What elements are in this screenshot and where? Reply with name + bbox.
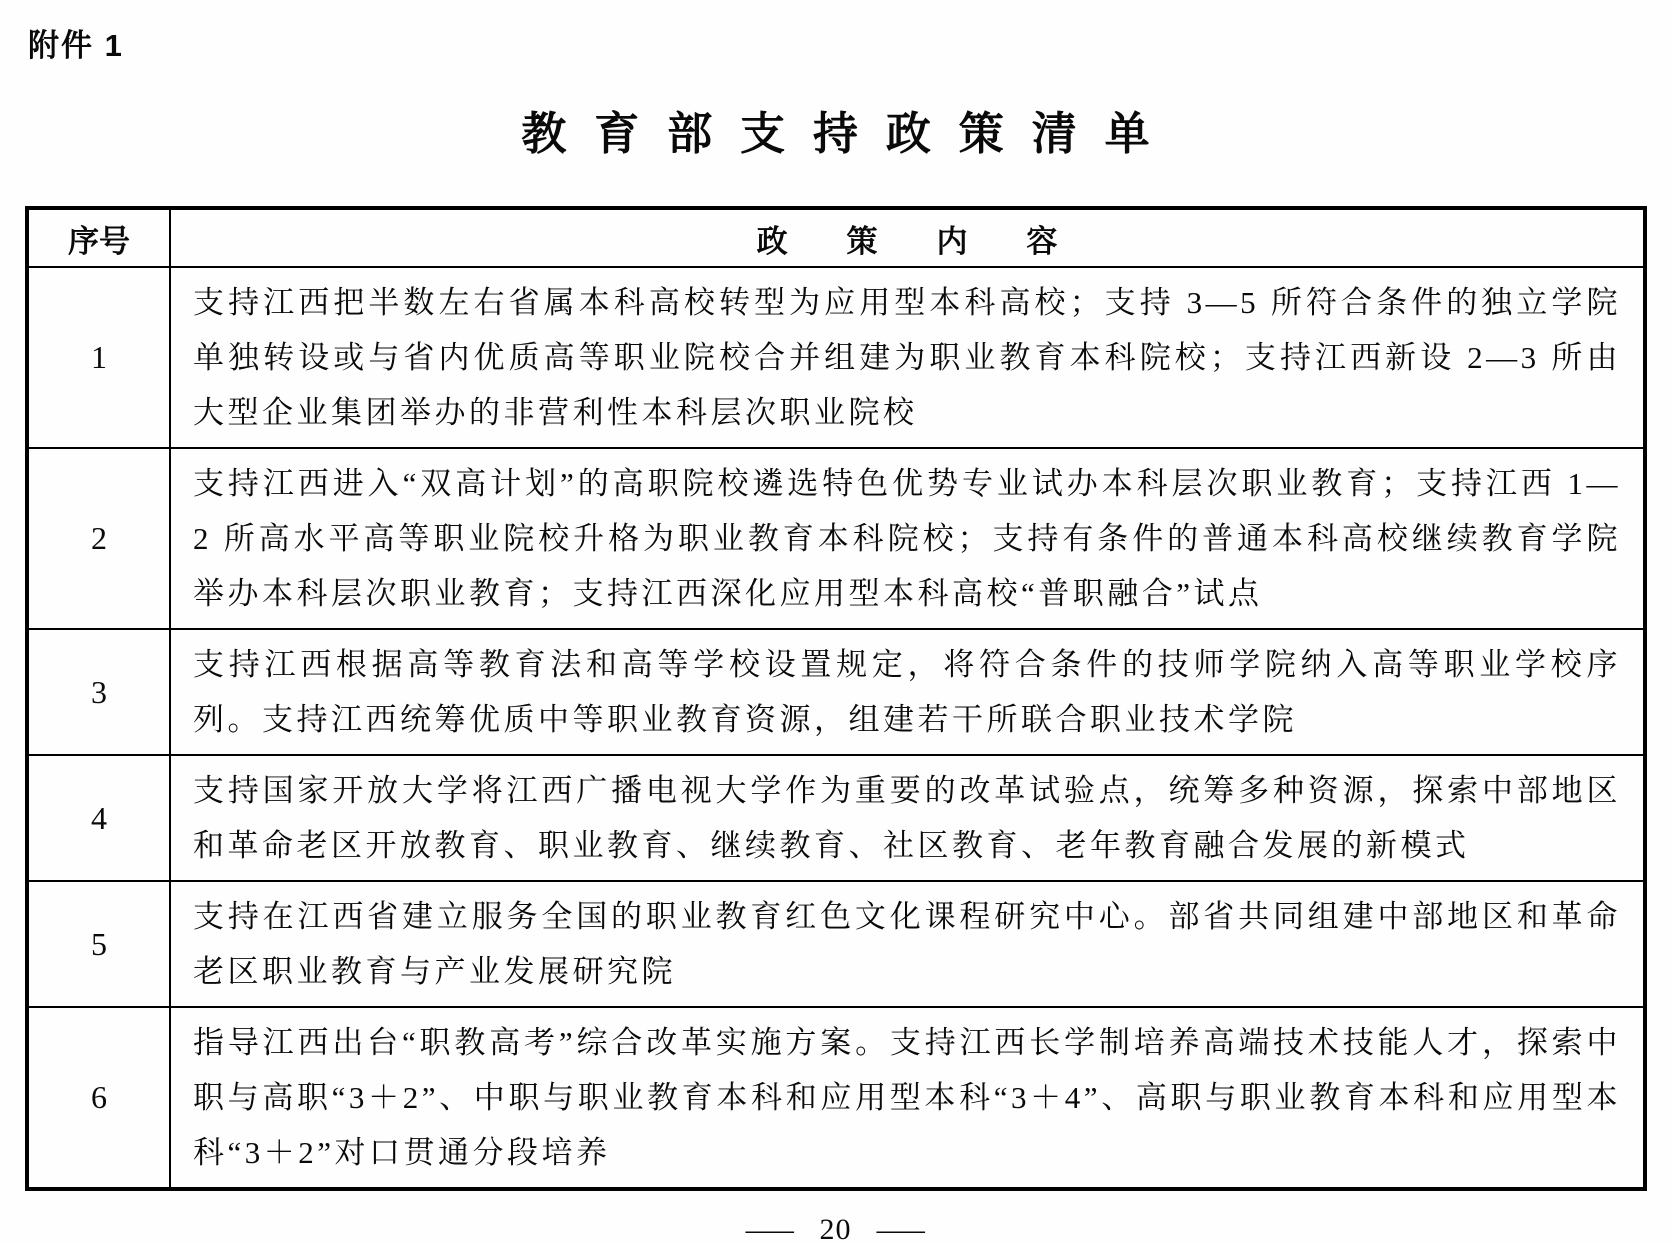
page-number: 20 [820, 1213, 852, 1244]
attachment-label: 附件 1 [28, 20, 1671, 65]
row-index: 1 [27, 267, 170, 448]
row-index: 2 [27, 448, 170, 629]
policy-table: 序号 政策内容 1支持江西把半数左右省属本科高校转型为应用型本科高校；支持 3—… [25, 206, 1647, 1191]
table-row: 2支持江西进入“双高计划”的高职院校遴选特色优势专业试办本科层次职业教育；支持江… [27, 448, 1645, 629]
document-page: 附件 1 教育部支持政策清单 序号 政策内容 1支持江西把半数左右省属本科高校转… [0, 0, 1671, 1244]
row-index: 5 [27, 881, 170, 1007]
table-row: 3支持江西根据高等教育法和高等学校设置规定，将符合条件的技师学院纳入高等职业学校… [27, 629, 1645, 755]
page-title: 教育部支持政策清单 [0, 97, 1671, 162]
column-header-policy-content: 政策内容 [170, 208, 1645, 267]
table-row: 6指导江西出台“职教高考”综合改革实施方案。支持江西长学制培养高端技术技能人才，… [27, 1007, 1645, 1189]
row-policy-content: 支持江西把半数左右省属本科高校转型为应用型本科高校；支持 3—5 所符合条件的独… [170, 267, 1645, 448]
row-policy-content: 支持江西进入“双高计划”的高职院校遴选特色优势专业试办本科层次职业教育；支持江西… [170, 448, 1645, 629]
table-header-row: 序号 政策内容 [27, 208, 1645, 267]
table-header: 序号 政策内容 [27, 208, 1645, 267]
table-row: 4支持国家开放大学将江西广播电视大学作为重要的改革试验点，统筹多种资源，探索中部… [27, 755, 1645, 881]
row-index: 3 [27, 629, 170, 755]
row-policy-content: 指导江西出台“职教高考”综合改革实施方案。支持江西长学制培养高端技术技能人才，探… [170, 1007, 1645, 1189]
row-policy-content: 支持江西根据高等教育法和高等学校设置规定，将符合条件的技师学院纳入高等职业学校序… [170, 629, 1645, 755]
page-footer: —20— [0, 1213, 1671, 1244]
row-index: 4 [27, 755, 170, 881]
table-row: 1支持江西把半数左右省属本科高校转型为应用型本科高校；支持 3—5 所符合条件的… [27, 267, 1645, 448]
table-row: 5支持在江西省建立服务全国的职业教育红色文化课程研究中心。部省共同组建中部地区和… [27, 881, 1645, 1007]
column-header-index: 序号 [27, 208, 170, 267]
row-policy-content: 支持在江西省建立服务全国的职业教育红色文化课程研究中心。部省共同组建中部地区和革… [170, 881, 1645, 1007]
row-index: 6 [27, 1007, 170, 1189]
page-number-dash-right: — [876, 1213, 926, 1244]
row-policy-content: 支持国家开放大学将江西广播电视大学作为重要的改革试验点，统筹多种资源，探索中部地… [170, 755, 1645, 881]
page-number-dash-left: — [745, 1213, 795, 1244]
table-body: 1支持江西把半数左右省属本科高校转型为应用型本科高校；支持 3—5 所符合条件的… [27, 267, 1645, 1189]
